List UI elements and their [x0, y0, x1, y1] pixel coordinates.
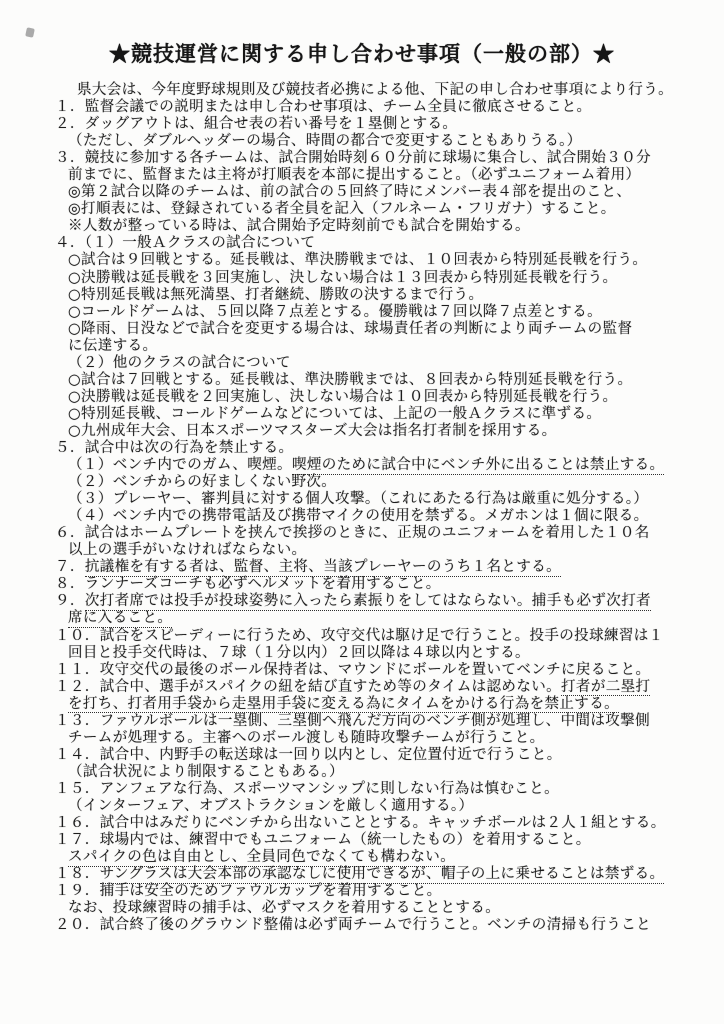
text-segment: １４．試合中、内野手の転送球は一回り以内とし、定位置付近で行うこと。	[55, 747, 562, 763]
document-line: １９．捕手は安全のためファウルカップを着用すること。	[55, 883, 705, 900]
text-segment: （２）他のクラスの試合について	[68, 355, 291, 371]
document-line: ６．試合はホームプレートを挟んで挨拶のときに、正規のユニフォームを着用した１０名	[55, 525, 705, 542]
text-segment: ◎打順表には、登録されている者全員を記入（フルネーム・フリガナ）すること。	[68, 201, 616, 217]
text-segment: ○決勝戦は延長戦を３回実施し、決しない場合は１３回表から特別延長戦を行う。	[68, 270, 617, 286]
document-line: チームが処理する。主審へのボール渡しも随時攻撃チームが行うこと。	[55, 730, 705, 747]
text-segment: （試合状況により制限することもある。）	[68, 764, 344, 780]
text-segment: ○九州成年大会、日本スポーツマスターズ大会は指名打者制を採用する。	[68, 423, 557, 439]
text-segment: ○決勝戦は延長戦を２回実施し、決しない場合は１０回表から特別延長戦を行う。	[68, 389, 617, 405]
text-segment: 回目と投手交代時は、７球（１分以内）２回以降は４球以内とする。	[68, 645, 530, 661]
document-line: ２．ダッグアウトは、組合せ表の若い番号を１塁側とする。	[55, 116, 705, 133]
document-line: ※人数が整っている時は、試合開始予定時刻前でも試合を開始する。	[55, 218, 705, 235]
document-line: １０．試合をスピーディーに行うため、攻守交代は駆け足で行うこと。投手の投球練習は…	[55, 628, 705, 645]
text-segment: （１）ベンチ内でのガム、喫煙。	[68, 457, 292, 473]
text-segment: １８．	[55, 866, 100, 882]
text-segment: ９．	[55, 593, 85, 609]
text-segment: ○特別延長戦、コールドゲームなどについては、上記の一般Ａクラスに準ずる。	[68, 406, 601, 422]
document-line: １８．サングラスは大会本部の承認なしに使用できるが、帽子の上に乗せることは禁ずる…	[55, 866, 705, 883]
text-segment: （インターフェア、オブストラクションを厳しく適用する。）	[68, 798, 473, 814]
text-segment: ３．競技に参加する各チームは、試合開始時刻６０分前に球場に集合し、試合開始３０分	[55, 150, 651, 166]
text-segment: １．監督会議での説明または申し合わせ事項は、チーム全員に徹底させること。	[55, 99, 591, 115]
underlined-text: を打ち、打者用手袋から走塁用手袋に変える為にタイムをかける行為を禁止する。	[68, 696, 619, 714]
text-segment: ４．（１）一般Ａクラスの試合について	[55, 235, 315, 251]
text-segment: （２）ベンチからの好ましくない野次。	[68, 474, 336, 490]
text-segment: 前までに、監督または主将が打順表を本部に提出すること。（必ずユニフォーム着用）	[68, 167, 640, 183]
text-segment: ※人数が整っている時は、試合開始予定時刻前でも試合を開始する。	[68, 218, 530, 234]
scan-artifact	[25, 27, 35, 37]
text-segment: １５．アンフェアな行為、スポーツマンシップに則しない行為は慎むこと。	[55, 781, 559, 797]
text-segment: ７．	[55, 559, 85, 575]
document-line: １６．試合中はみだりにベンチから出ないこととする。キャッチボールは２人１組とする…	[55, 815, 705, 832]
document-line: ２０．試合終了後のグラウンド整備は必ず両チームで行うこと。ベンチの清掃も行うこと	[55, 917, 705, 934]
document-line: ３．競技に参加する各チームは、試合開始時刻６０分前に球場に集合し、試合開始３０分	[55, 150, 705, 167]
document-line: ○特別延長戦は無死満塁、打者継続、勝敗の決するまで行う。	[55, 287, 705, 304]
document-line: ○試合は７回戦とする。延長戦は、準決勝戦までは、８回表から特別延長戦を行う。	[55, 372, 705, 389]
document-line: ◎第２試合以降のチームは、前の試合の５回終了時にメンバー表４部を提出のこと、	[55, 184, 705, 201]
text-segment: チームが処理する。主審へのボール渡しも随時攻撃チームが行うこと。	[68, 730, 545, 746]
underlined-text: 抗議権を有する者は、監督、主将、当該プレーヤーのうち１名とする。	[85, 559, 561, 577]
text-segment: １０．試合をスピーディーに行うため、攻守交代は駆け足で行うこと。投手の投球練習は…	[55, 628, 664, 644]
document-line: ７．抗議権を有する者は、監督、主将、当該プレーヤーのうち１名とする。	[55, 559, 705, 576]
document-line: に伝達する。	[55, 338, 705, 355]
document-line: ○コールドゲームは、５回以降７点差とする。優勝戦は７回以降７点差とする。	[55, 304, 705, 321]
document-line: ○特別延長戦、コールドゲームなどについては、上記の一般Ａクラスに準ずる。	[55, 406, 705, 423]
text-segment: （４）ベンチ内での携帯電話及び携帯マイクの使用を禁ずる。メガホンは１個に限る。	[68, 508, 649, 524]
document-line: ○決勝戦は延長戦を２回実施し、決しない場合は１０回表から特別延長戦を行う。	[55, 389, 705, 406]
text-segment: 県大会は、今年度野球規則及び競技者必携による他、下記の申し合わせ事項により行う。	[77, 82, 673, 98]
document-line: ８．ランナーズコーチも必ずヘルメットを着用すること。	[55, 576, 705, 593]
document-line: １３．ファウルボールは一塁側、三塁側へ飛んだ方向のベンチ側が処理し、中間は攻撃側	[55, 713, 705, 730]
document-line: ５．試合中は次の行為を禁止する。	[55, 440, 705, 457]
text-segment: に伝達する。	[68, 338, 157, 354]
document-line: ○九州成年大会、日本スポーツマスターズ大会は指名打者制を採用する。	[55, 423, 705, 440]
document-line: （４）ベンチ内での携帯電話及び携帯マイクの使用を禁ずる。メガホンは１個に限る。	[55, 508, 705, 525]
document-body: 県大会は、今年度野球規則及び競技者必携による他、下記の申し合わせ事項により行う。…	[55, 82, 705, 934]
text-segment: ○試合は９回戦とする。延長戦は、準決勝戦までは、１０回表から特別延長戦を行う。	[68, 252, 647, 268]
text-segment: １７．球場内では、練習中でもユニフォーム（統一したもの）を着用すること。	[55, 832, 591, 848]
underlined-text: 喫煙のために試合中にベンチ外に出ることは禁止する。	[292, 457, 665, 475]
document-line: 席に入ること。	[55, 610, 705, 627]
document-line: を打ち、打者用手袋から走塁用手袋に変える為にタイムをかける行為を禁止する。	[55, 696, 705, 713]
document-line: １１．攻守交代の最後のボール保持者は、マウンドにボールを置いてベンチに戻ること。	[55, 662, 705, 679]
document-line: ○決勝戦は延長戦を３回実施し、決しない場合は１３回表から特別延長戦を行う。	[55, 270, 705, 287]
document-line: １４．試合中、内野手の転送球は一回り以内とし、定位置付近で行うこと。	[55, 747, 705, 764]
document-line: （１）ベンチ内でのガム、喫煙。喫煙のために試合中にベンチ外に出ることは禁止する。	[55, 457, 705, 474]
document-line: ○試合は９回戦とする。延長戦は、準決勝戦までは、１０回表から特別延長戦を行う。	[55, 252, 705, 269]
document-line: ９．次打者席では投手が投球姿勢に入ったら素振りをしてはならない。捕手も必ず次打者	[55, 593, 705, 610]
scanned-document-page: ★競技運営に関する申し合わせ事項（一般の部）★ 県大会は、今年度野球規則及び競技…	[0, 0, 724, 1024]
document-line: １２．試合中、選手がスパイクの紐を結び直すため等のタイムは認めない。打者が二塁打	[55, 679, 705, 696]
document-line: （インターフェア、オブストラクションを厳しく適用する。）	[55, 798, 705, 815]
document-line: 以上の選手がいなければならない。	[55, 542, 705, 559]
document-line: １５．アンフェアな行為、スポーツマンシップに則しない行為は慎むこと。	[55, 781, 705, 798]
document-title: ★競技運営に関する申し合わせ事項（一般の部）★	[0, 38, 724, 68]
document-line: （２）他のクラスの試合について	[55, 355, 705, 372]
document-line: ○降雨、日没などで試合を変更する場合は、球場責任者の判断により両チームの監督	[55, 321, 705, 338]
underlined-text: サングラスは大会本部の承認なしに使用できるが、帽子の上に乗せることは禁ずる。	[100, 866, 665, 884]
text-segment: ２０．試合終了後のグラウンド整備は必ず両チームで行うこと。ベンチの清掃も行うこと	[55, 917, 651, 933]
document-line: 県大会は、今年度野球規則及び競技者必携による他、下記の申し合わせ事項により行う。	[55, 82, 705, 99]
document-line: 回目と投手交代時は、７球（１分以内）２回以降は４球以内とする。	[55, 645, 705, 662]
document-line: （ただし、ダブルヘッダーの場合、時間の都合で変更することもありうる。）	[55, 133, 705, 150]
text-segment: ○コールドゲームは、５回以降７点差とする。優勝戦は７回以降７点差とする。	[68, 304, 602, 320]
underlined-text: 次打者席では投手が投球姿勢に入ったら素振りをしてはならない。捕手も必ず次打者	[85, 593, 651, 611]
underlined-text: 席に入ること。	[68, 610, 172, 628]
document-line: （試合状況により制限することもある。）	[55, 764, 705, 781]
document-line: １．監督会議での説明または申し合わせ事項は、チーム全員に徹底させること。	[55, 99, 705, 116]
document-line: ◎打順表には、登録されている者全員を記入（フルネーム・フリガナ）すること。	[55, 201, 705, 218]
text-segment: １３．ファウルボールは一塁側、三塁側へ飛んだ方向のベンチ側が処理し、中間は攻撃側	[55, 713, 650, 729]
text-segment: ６．試合はホームプレートを挟んで挨拶のときに、正規のユニフォームを着用した１０名	[55, 525, 650, 541]
underlined-text: 打者が二塁打	[561, 679, 650, 697]
text-segment: ５．試合中は次の行為を禁止する。	[55, 440, 293, 456]
document-line: ４．（１）一般Ａクラスの試合について	[55, 235, 705, 252]
text-segment: ◎第２試合以降のチームは、前の試合の５回終了時にメンバー表４部を提出のこと、	[68, 184, 631, 200]
text-segment: ○試合は７回戦とする。延長戦は、準決勝戦までは、８回表から特別延長戦を行う。	[68, 372, 632, 388]
text-segment: ○降雨、日没などで試合を変更する場合は、球場責任者の判断により両チームの監督	[68, 321, 632, 337]
document-line: １７．球場内では、練習中でもユニフォーム（統一したもの）を着用すること。	[55, 832, 705, 849]
text-segment: １６．試合中はみだりにベンチから出ないこととする。キャッチボールは２人１組とする…	[55, 815, 666, 831]
text-segment: １１．攻守交代の最後のボール保持者は、マウンドにボールを置いてベンチに戻ること。	[55, 662, 650, 678]
document-line: なお、投球練習時の捕手は、必ずマスクを着用することとする。	[55, 900, 705, 917]
text-segment: １２．試合中、選手がスパイクの紐を結び直すため等のタイムは認めない。	[55, 679, 561, 695]
text-segment: （３）プレーヤー、審判員に対する個人攻撃。（これにあたる行為は厳重に処分する。）	[68, 491, 648, 507]
text-segment: 以上の選手がいなければならない。	[68, 542, 306, 558]
underlined-text: スパイクの色は自由とし、全員同色でなくても構わない。	[68, 849, 455, 867]
text-segment: ○特別延長戦は無死満塁、打者継続、勝敗の決するまで行う。	[68, 287, 483, 303]
document-line: （２）ベンチからの好ましくない野次。	[55, 474, 705, 491]
document-line: 前までに、監督または主将が打順表を本部に提出すること。（必ずユニフォーム着用）	[55, 167, 705, 184]
text-segment: １９．捕手は安全のためファウルカップを着用すること。	[55, 883, 442, 899]
text-segment: （ただし、ダブルヘッダーの場合、時間の都合で変更することもありうる。）	[68, 133, 582, 149]
document-line: （３）プレーヤー、審判員に対する個人攻撃。（これにあたる行為は厳重に処分する。）	[55, 491, 705, 508]
text-segment: ２．ダッグアウトは、組合せ表の若い番号を１塁側とする。	[55, 116, 457, 132]
text-segment: なお、投球練習時の捕手は、必ずマスクを着用することとする。	[68, 900, 500, 916]
text-segment: ８．ランナーズコーチも必ずヘルメットを着用すること。	[55, 576, 441, 592]
document-line: スパイクの色は自由とし、全員同色でなくても構わない。	[55, 849, 705, 866]
